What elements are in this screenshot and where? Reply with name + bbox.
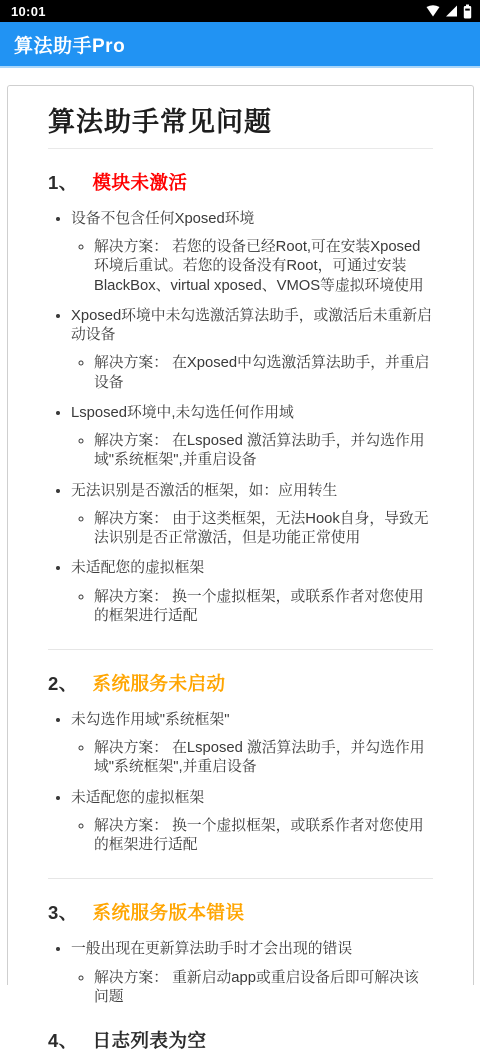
solution-item: 解决方案： 换一个虚拟框架，或联系作者对您使用的框架进行适配 [94,588,433,626]
solution-list: 解决方案： 由于这类框架，无法Hook自身，导致无法识别是否正常激活，但是功能正… [71,510,433,548]
issue-item: 未适配您的虚拟框架 解决方案： 换一个虚拟框架，或联系作者对您使用的框架进行适配 [71,789,433,853]
solution-list: 解决方案： 在Lsposed 激活算法助手，并勾选作用域"系统框架",并重启设备 [71,739,433,777]
solution-text: 解决方案： 在Lsposed 激活算法助手，并勾选作用域"系统框架",并重启设备 [94,740,425,775]
solution-list: 解决方案： 换一个虚拟框架，或联系作者对您使用的框架进行适配 [71,588,433,626]
issue-text: 未适配您的虚拟框架 [71,790,204,806]
issue-item: Xposed环境中未勾选激活算法助手，或激活后未重新启动设备 解决方案： 在Xp… [71,307,433,393]
section-title: 系统服务未启动 [92,673,225,694]
solution-list: 解决方案： 换一个虚拟框架，或联系作者对您使用的框架进行适配 [71,817,433,853]
solution-item: 解决方案： 在Lsposed 激活算法助手，并勾选作用域"系统框架",并重启设备 [94,739,433,777]
issue-item: 未勾选作用域"系统框架" 解决方案： 在Lsposed 激活算法助手，并勾选作用… [71,711,433,778]
faq-section-service-not-started: 2、 系统服务未启动 未勾选作用域"系统框架" 解决方案： 在Lsposed 激… [48,670,433,853]
solution-list: 解决方案： 在Lsposed 激活算法助手，并勾选作用域"系统框架",并重启设备 [71,432,433,470]
solution-text: 解决方案： 在Lsposed 激活算法助手，并勾选作用域"系统框架",并重启设备 [94,433,425,468]
cell-signal-icon [445,5,458,17]
faq-section-module-not-activated: 1、 模块未激活 设备不包含任何Xposed环境 解决方案： 若您的设备已经Ro… [48,169,433,626]
issue-text: 设备不包含任何Xposed环境 [71,211,254,227]
section-title: 模块未激活 [92,172,187,193]
faq-card: 算法助手常见问题 1、 模块未激活 设备不包含任何Xposed环境 解决方案： … [7,85,474,853]
solution-text: 解决方案： 在Xposed中勾选激活算法助手，并重启设备 [94,355,429,390]
app-bar: 算法助手Pro [0,22,480,68]
solution-item: 解决方案： 由于这类框架，无法Hook自身，导致无法识别是否正常激活，但是功能正… [94,510,433,548]
issue-item: 设备不包含任何Xposed环境 解决方案： 若您的设备已经Root,可在安装Xp… [71,210,433,296]
issue-text: 未适配您的虚拟框架 [71,560,204,576]
battery-icon [463,4,472,19]
issue-text: 未勾选作用域"系统框架" [71,712,229,728]
issue-item: 未适配您的虚拟框架 解决方案： 换一个虚拟框架，或联系作者对您使用的框架进行适配 [71,559,433,626]
section-divider [48,649,433,650]
issue-text: Xposed环境中未勾选激活算法助手，或激活后未重新启动设备 [71,308,432,343]
status-bar: 10:01 [0,0,480,22]
section-number: 2、 [48,673,78,694]
clock: 10:01 [11,4,46,19]
issue-list: 设备不包含任何Xposed环境 解决方案： 若您的设备已经Root,可在安装Xp… [48,210,433,626]
section-heading: 1、 模块未激活 [48,169,433,195]
app-title: 算法助手Pro [14,31,125,58]
page-title: 算法助手常见问题 [48,100,433,149]
section-heading: 2、 系统服务未启动 [48,670,433,696]
wifi-icon [426,5,440,17]
status-icons [426,4,472,19]
solution-item: 解决方案： 换一个虚拟框架，或联系作者对您使用的框架进行适配 [94,817,433,853]
section-number: 1、 [48,172,78,193]
solution-text: 解决方案： 若您的设备已经Root,可在安装Xposed环境后重试。若您的设备没… [94,239,424,293]
solution-text: 解决方案： 换一个虚拟框架，或联系作者对您使用的框架进行适配 [94,589,424,624]
solution-item: 解决方案： 在Xposed中勾选激活算法助手，并重启设备 [94,354,433,392]
solution-list: 解决方案： 在Xposed中勾选激活算法助手，并重启设备 [71,354,433,392]
issue-item: 无法识别是否激活的框架，如：应用转生 解决方案： 由于这类框架，无法Hook自身… [71,482,433,549]
solution-list: 解决方案： 若您的设备已经Root,可在安装Xposed环境后重试。若您的设备没… [71,238,433,296]
issue-item: Lsposed环境中,未勾选任何作用域 解决方案： 在Lsposed 激活算法助… [71,404,433,471]
issue-list: 未勾选作用域"系统框架" 解决方案： 在Lsposed 激活算法助手，并勾选作用… [48,711,433,853]
solution-item: 解决方案： 若您的设备已经Root,可在安装Xposed环境后重试。若您的设备没… [94,238,433,296]
solution-text: 解决方案： 由于这类框架，无法Hook自身，导致无法识别是否正常激活，但是功能正… [94,511,429,546]
issue-text: 无法识别是否激活的框架，如：应用转生 [71,483,337,499]
solution-text: 解决方案： 换一个虚拟框架，或联系作者对您使用的框架进行适配 [94,818,424,853]
issue-text: Lsposed环境中,未勾选任何作用域 [71,405,294,421]
solution-item: 解决方案： 在Lsposed 激活算法助手，并勾选作用域"系统框架",并重启设备 [94,432,433,470]
